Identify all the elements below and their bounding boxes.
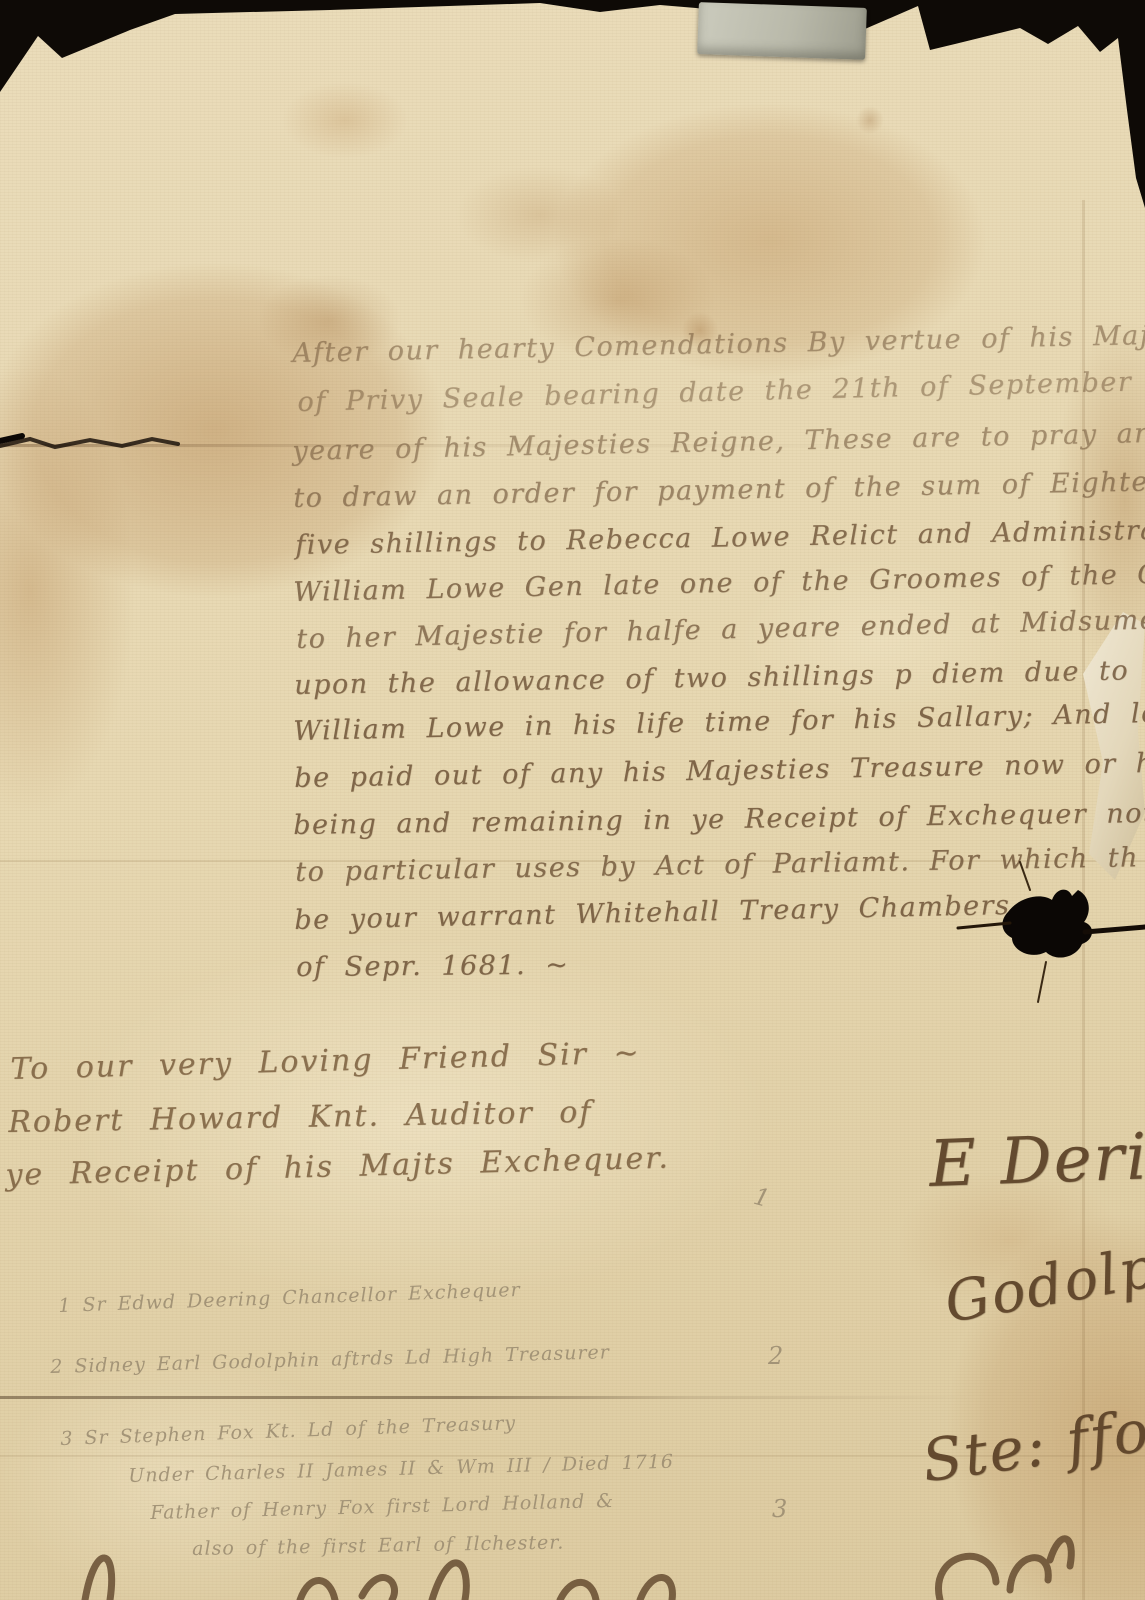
body-line: upon the allowance of two shillings p di… [294, 654, 1145, 701]
ref-mark: 3 [772, 1495, 788, 1523]
body-line: of Sepr. 1681. ~ [296, 950, 569, 983]
pencil-note: 1 Sr Edwd Deering Chancellor Exchequer [58, 1279, 521, 1317]
body-line: yeare of his Majesties Reigne, These are… [292, 414, 1145, 467]
body-line: to draw an order for payment of the sum … [293, 464, 1145, 514]
body-line: to particular uses by Act of Parliamt. F… [295, 842, 1139, 888]
address-line: ye Receipt of his Majts Exchequer. [5, 1141, 670, 1193]
ref-mark: 1 [751, 1182, 774, 1213]
crease-line [1082, 200, 1085, 1600]
ref-mark: 2 [768, 1342, 784, 1370]
signature-dering: E Dering [928, 1117, 1145, 1202]
pencil-note: 3 Sr Stephen Fox Kt. Ld of the Treasury [60, 1412, 516, 1450]
address-line: To our very Loving Friend Sir ~ [10, 1035, 641, 1086]
body-line: being and remaining in ye Receipt of Exc… [293, 796, 1145, 841]
crease-line [0, 1396, 1145, 1399]
document-paper: After our hearty Comendations By vertue … [0, 0, 1145, 1600]
body-line: five shillings to Rebecca Lowe Relict an… [295, 514, 1145, 561]
pencil-note: Under Charles II James II & Wm III / Die… [128, 1451, 674, 1487]
body-line: William Lowe in his life time for his Sa… [293, 695, 1145, 747]
signature-fox: Ste: ffox [918, 1391, 1145, 1495]
address-line: Robert Howard Knt. Auditor of [8, 1095, 593, 1140]
photo-background: After our hearty Comendations By vertue … [0, 0, 1145, 1600]
pencil-note: Father of Henry Fox first Lord Holland & [150, 1490, 614, 1524]
pencil-note: 2 Sidney Earl Godolphin aftrds Ld High T… [50, 1341, 610, 1378]
tape-fragment [697, 2, 867, 60]
signature-godolphin: Godolphin [940, 1218, 1145, 1336]
body-line: be your warrant Whitehall Treary Chamber… [294, 889, 1064, 936]
body-line: to her Majestie for halfe a yeare ended … [296, 603, 1145, 655]
body-line: of Privy Seale bearing date the 21th of … [297, 364, 1145, 418]
body-line: William Lowe Gen late one of the Groomes… [293, 558, 1145, 608]
body-line: After our hearty Comendations By vertue … [292, 318, 1145, 369]
pencil-note: also of the first Earl of Ilchester. [192, 1532, 565, 1560]
body-line: be paid out of any his Majesties Treasur… [294, 747, 1145, 794]
